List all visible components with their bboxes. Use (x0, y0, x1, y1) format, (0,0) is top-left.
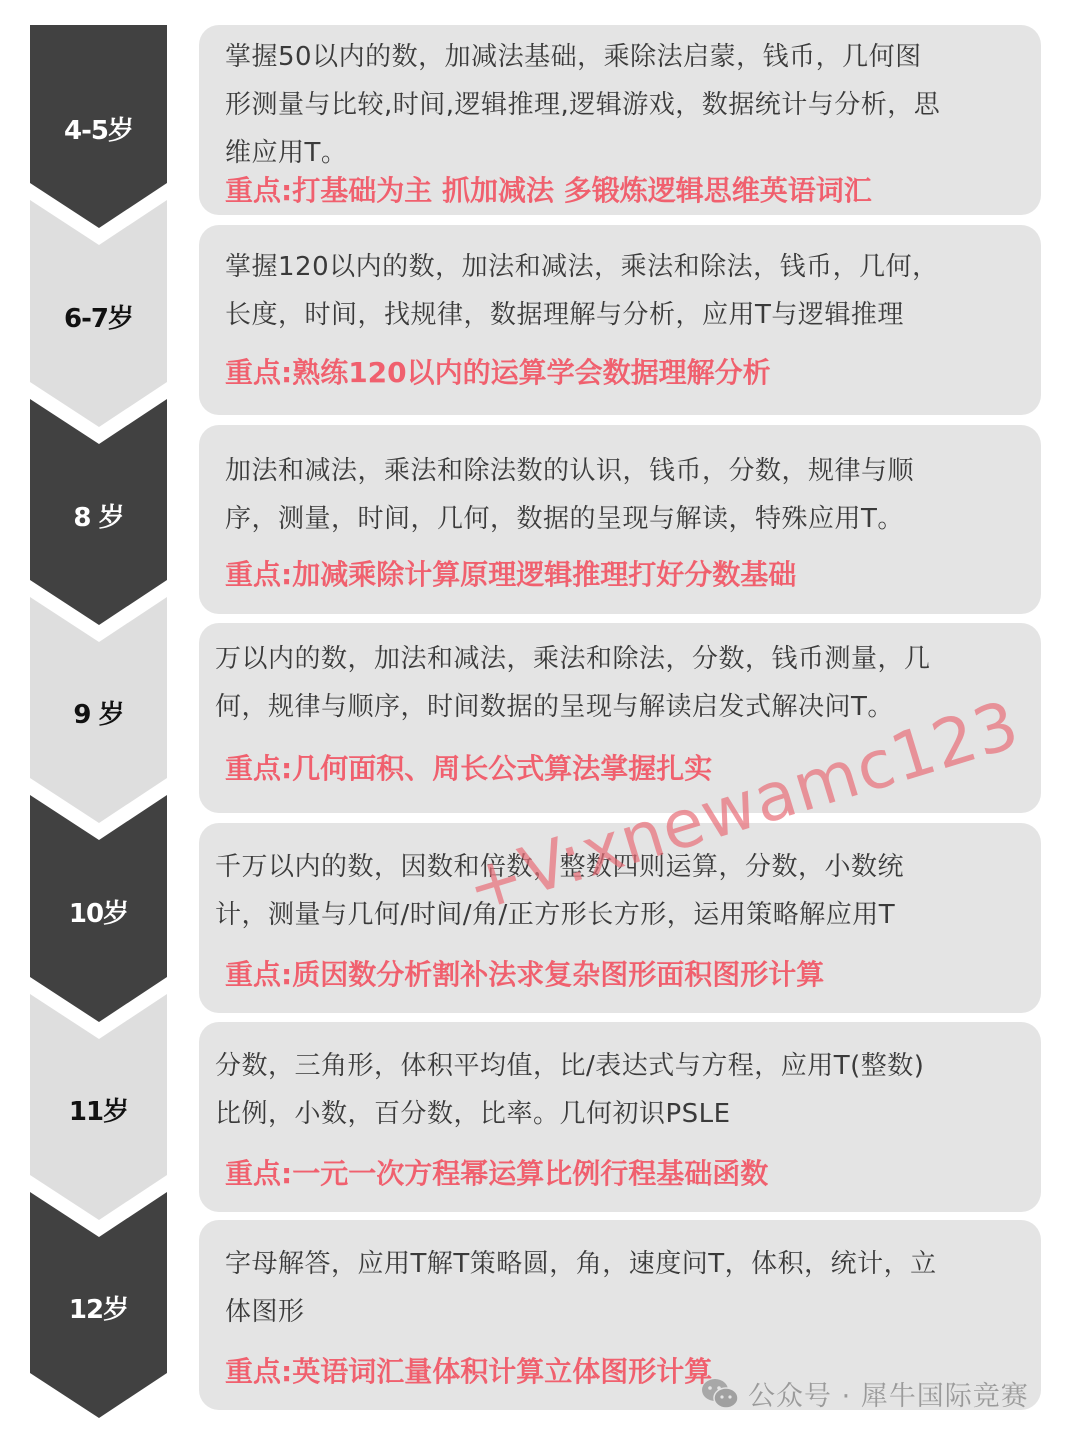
age-label: 8 岁 (30, 497, 167, 534)
stage-card-11: 分数，三角形，体积平均值，比/表达式与方程，应用T(整数) 比例，小数，百分数，… (199, 1022, 1041, 1212)
stage-focus: 重点:打基础为主 抓加减法 多锻炼逻辑思维英语词汇 (225, 171, 872, 211)
stage-focus: 重点:加减乘除计算原理逻辑推理打好分数基础 (225, 555, 796, 595)
stage-description: 分数，三角形，体积平均值，比/表达式与方程，应用T(整数) 比例，小数，百分数，… (215, 1022, 1021, 1138)
stage-description: 字母解答，应用T解T策略圆，角，速度问T，体积，统计，立 体图形 (225, 1220, 1021, 1336)
stage-focus: 重点:英语词汇量体积计算立体图形计算 (225, 1352, 712, 1392)
stage-focus: 重点:几何面积、周长公式算法掌握扎实 (225, 749, 712, 789)
age-label: 12岁 (30, 1289, 167, 1326)
wechat-account-footer: 公众号 · 犀牛国际竞赛 (700, 1374, 1029, 1413)
stage-card-8: 加法和减法，乘法和除法数的认识，钱币，分数，规律与顺 序，测量，时间，几何，数据… (199, 425, 1041, 614)
stage-description: 掌握50以内的数，加减法基础，乘除法启蒙，钱币，几何图 形测量与比较,时间,逻辑… (225, 25, 1021, 177)
stage-description: 千万以内的数，因数和倍数，整数四则运算，分数，小数统 计，测量与几何/时间/角/… (215, 823, 1021, 939)
stage-card-6-7: 掌握120以内的数，加法和减法，乘法和除法，钱币，几何， 长度，时间，找规律，数… (199, 225, 1041, 415)
stage-card-4-5: 掌握50以内的数，加减法基础，乘除法启蒙，钱币，几何图 形测量与比较,时间,逻辑… (199, 25, 1041, 215)
stage-focus: 重点:质因数分析割补法求复杂图形面积图形计算 (225, 955, 824, 995)
stage-description: 掌握120以内的数，加法和减法，乘法和除法，钱币，几何， 长度，时间，找规律，数… (225, 225, 1021, 339)
stage-card-10: 千万以内的数，因数和倍数，整数四则运算，分数，小数统 计，测量与几何/时间/角/… (199, 823, 1041, 1013)
age-label: 4-5岁 (30, 110, 167, 147)
stage-focus: 重点:一元一次方程幂运算比例行程基础函数 (225, 1154, 768, 1194)
stage-card-9: 万以内的数，加法和减法，乘法和除法，分数，钱币测量，几 何，规律与顺序，时间数据… (199, 623, 1041, 813)
footer-account-name: 公众号 · 犀牛国际竞赛 (748, 1374, 1029, 1413)
wechat-icon (700, 1377, 740, 1411)
age-label: 9 岁 (30, 694, 167, 731)
age-label: 11岁 (30, 1091, 167, 1128)
age-label: 6-7岁 (30, 298, 167, 335)
stage-description: 万以内的数，加法和减法，乘法和除法，分数，钱币测量，几 何，规律与顺序，时间数据… (215, 623, 1021, 731)
stage-focus: 重点:熟练120以内的运算学会数据理解分析 (225, 353, 771, 393)
age-label: 10岁 (30, 893, 167, 930)
stage-description: 加法和减法，乘法和除法数的认识，钱币，分数，规律与顺 序，测量，时间，几何，数据… (225, 425, 1021, 543)
